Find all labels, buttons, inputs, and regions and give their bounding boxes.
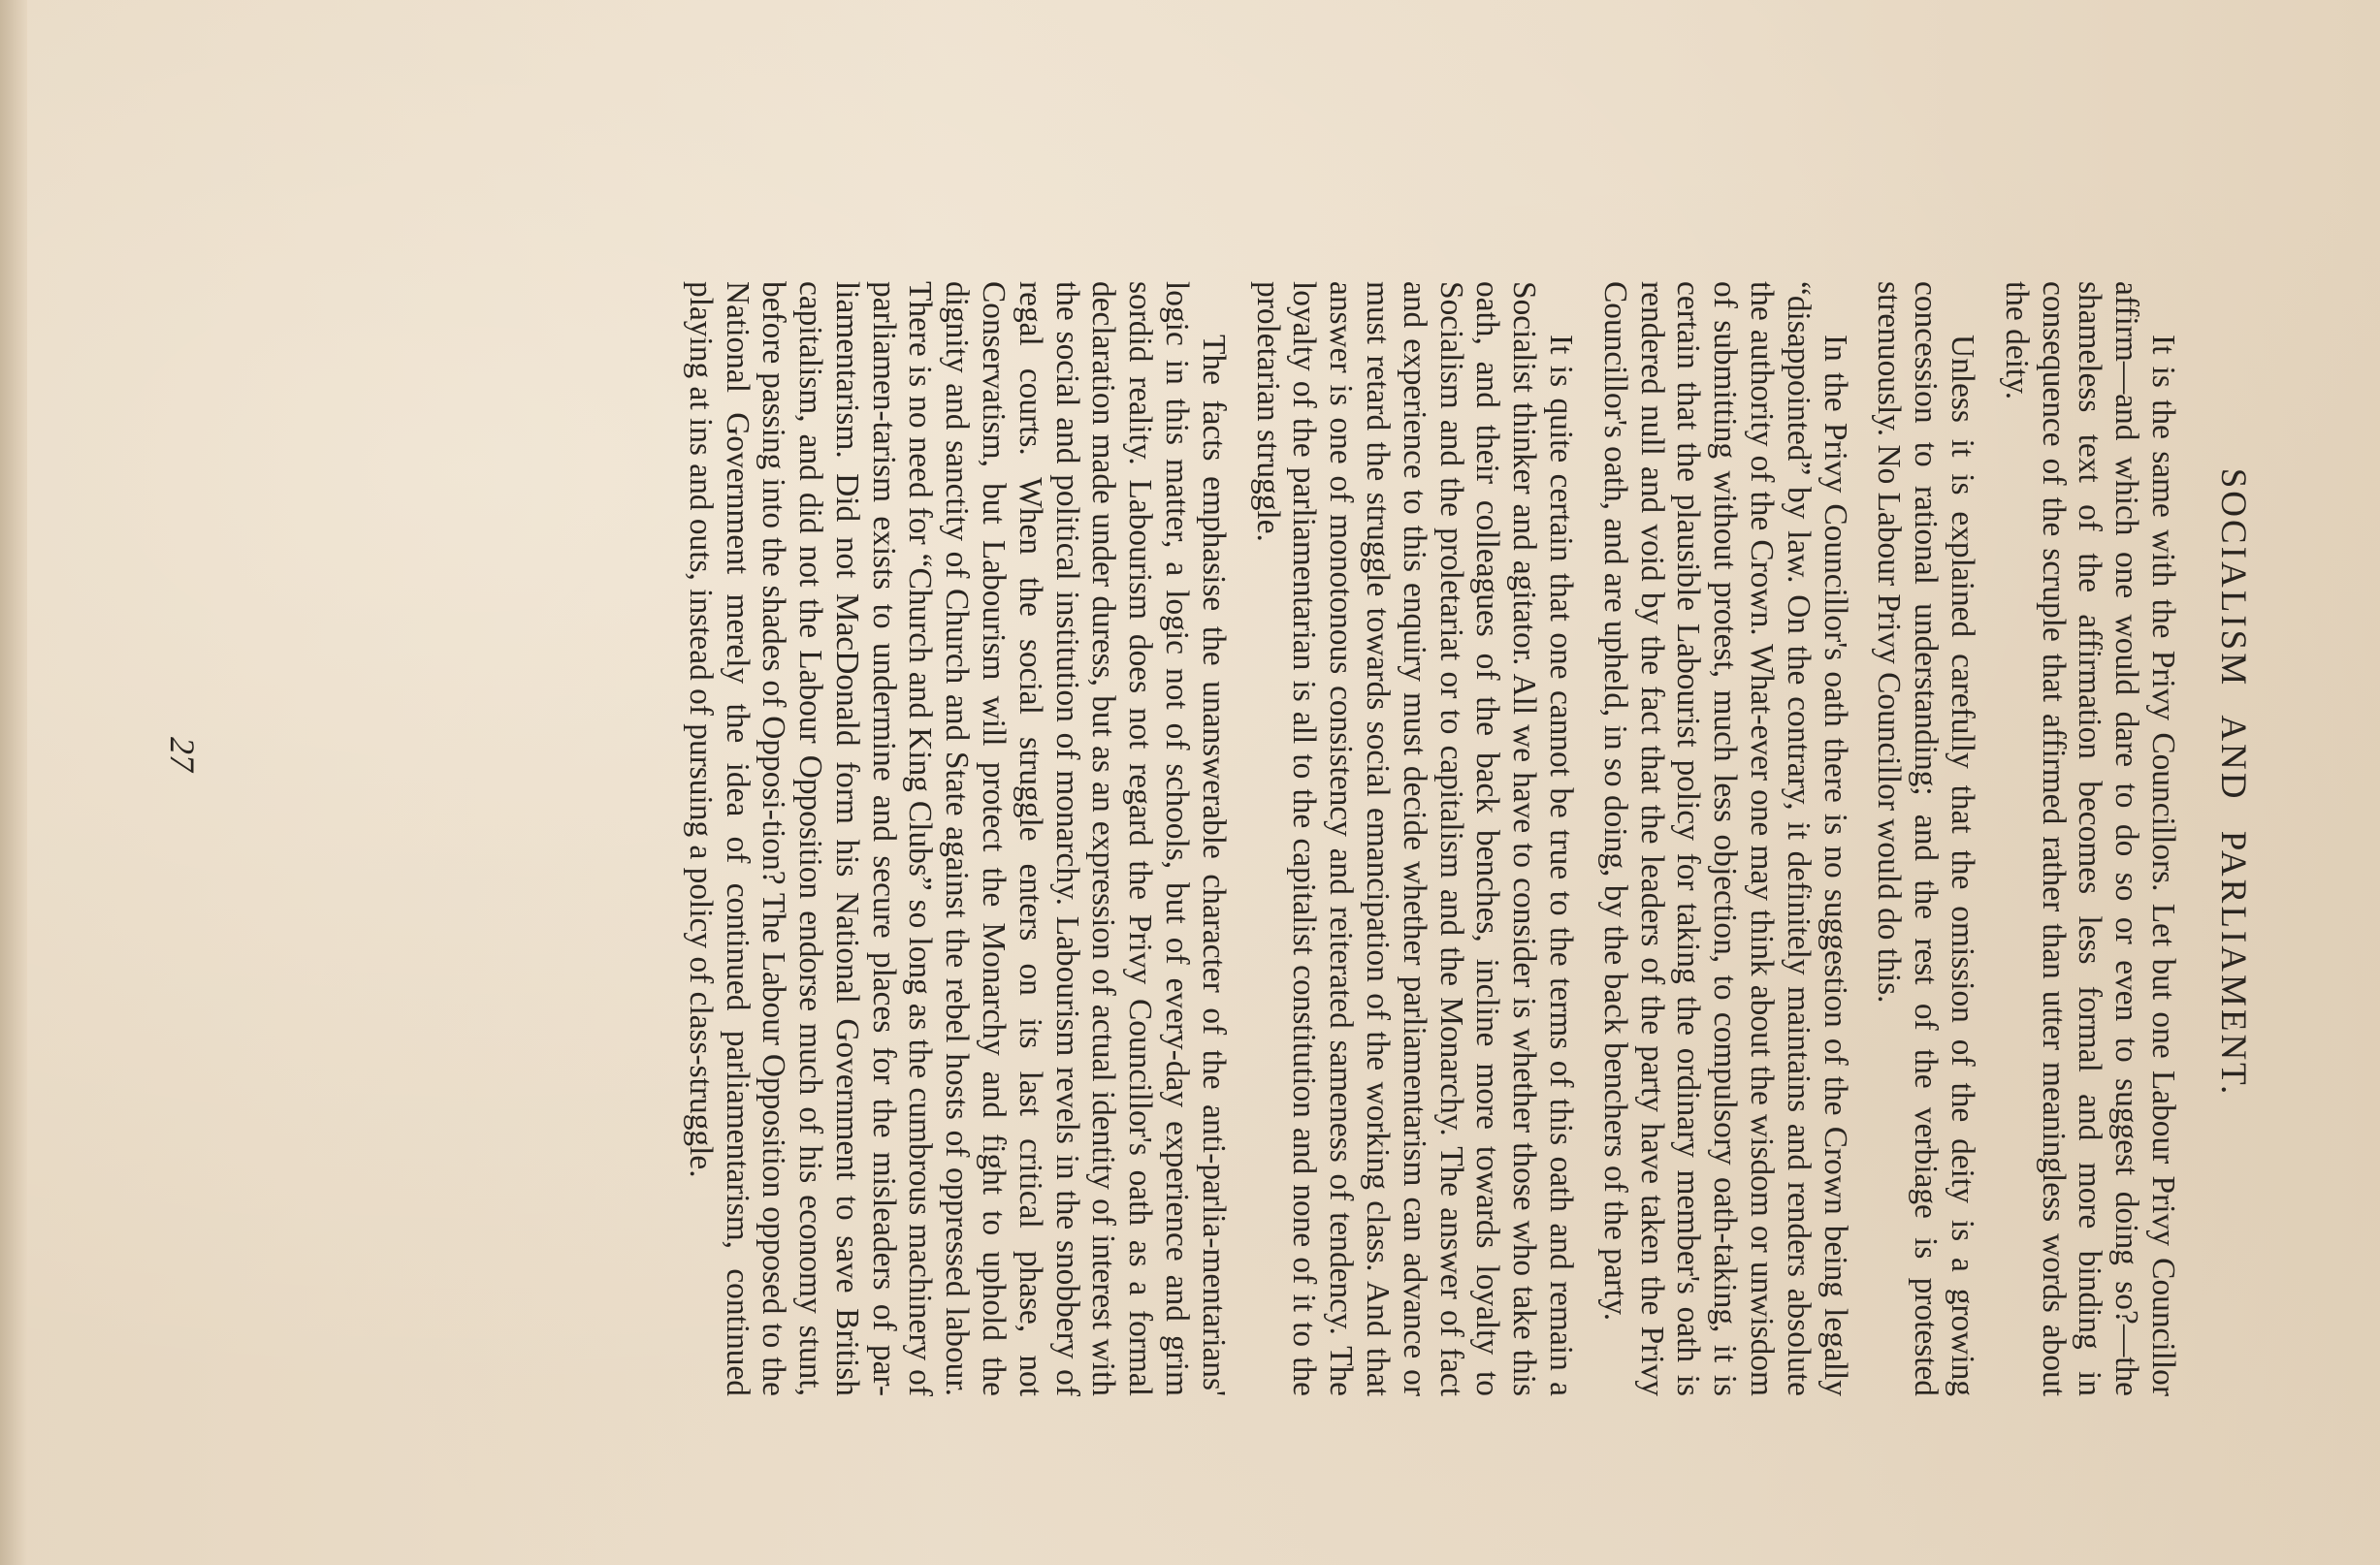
paragraph: In the Privy Councillor's oath there is … [1596,281,1853,1396]
paragraph: Unless it is explained carefully that th… [1871,281,1980,1396]
paragraph: The facts emphasise the unanswerable cha… [682,281,1232,1396]
rotated-book-page: SOCIALISM AND PARLIAMENT. It is the same… [0,0,2380,1565]
running-header: SOCIALISM AND PARLIAMENT. [2212,0,2254,1565]
paragraph: It is quite certain that one cannot be t… [1249,281,1579,1396]
paragraph: It is the same with the Privy Councillor… [1998,281,2181,1396]
body-text: It is the same with the Privy Councillor… [664,281,2181,1396]
page-number: 27 [162,737,203,772]
